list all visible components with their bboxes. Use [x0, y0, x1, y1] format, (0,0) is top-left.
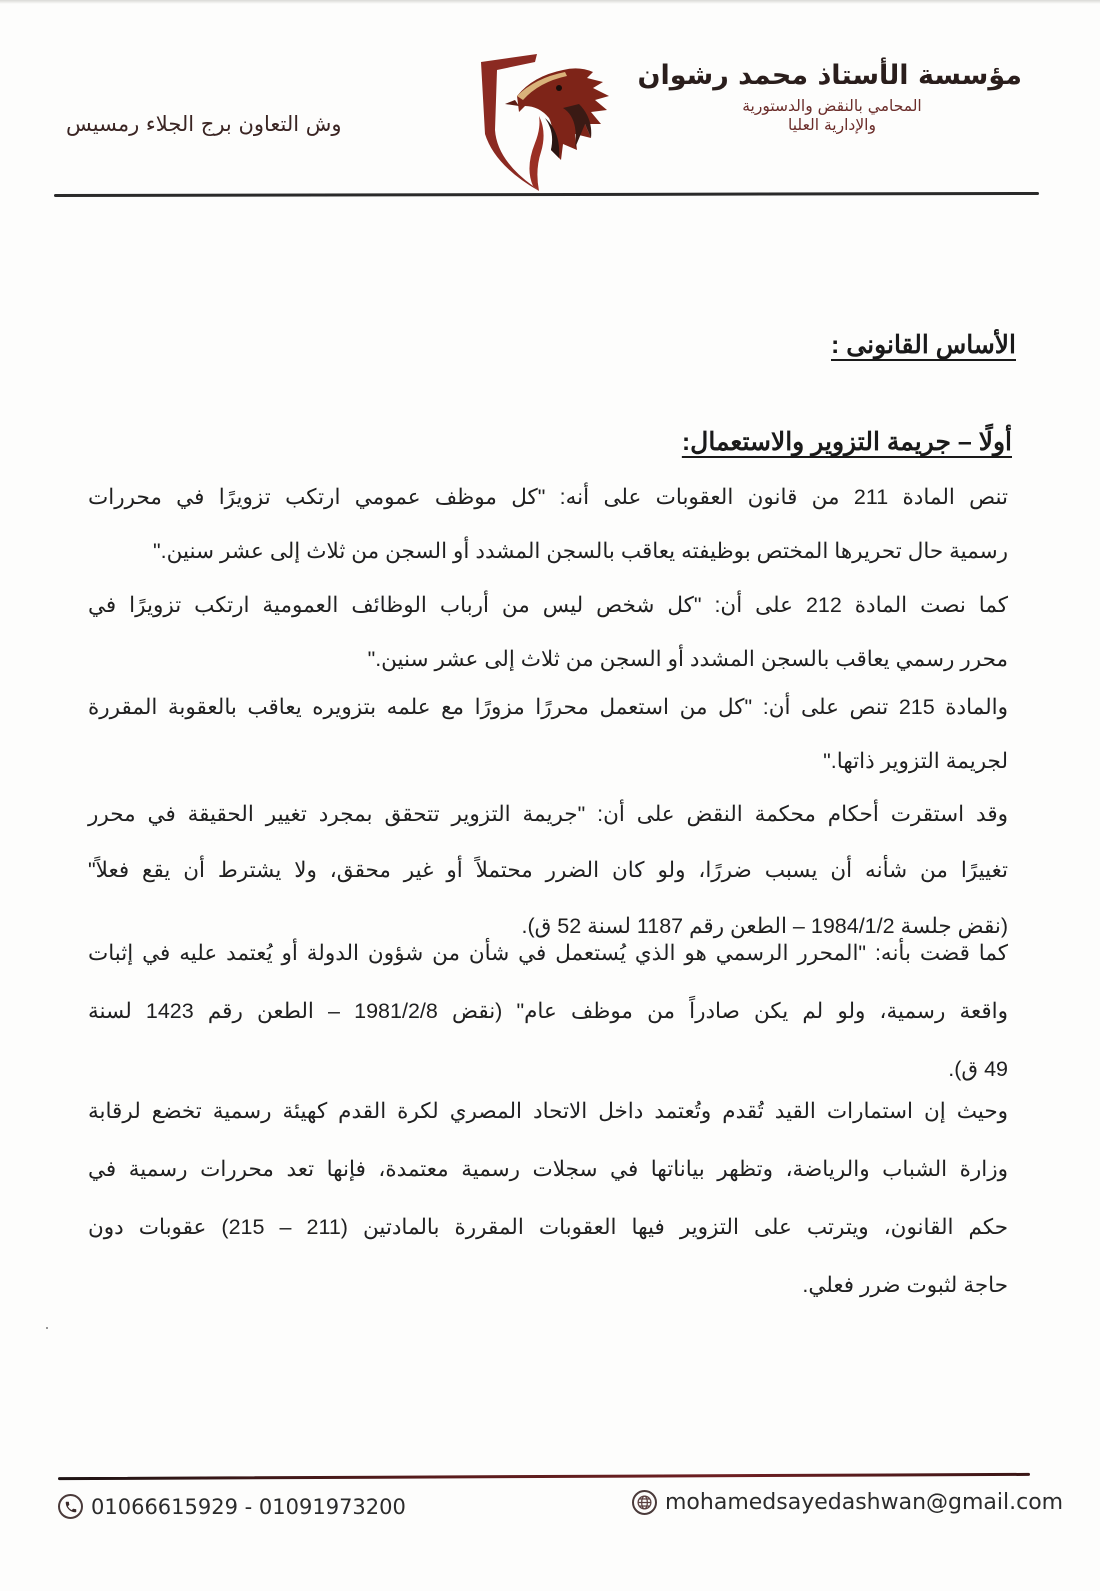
paragraph-line: وزارة الشباب والرياضة، وتظهر بياناتها في… — [88, 1140, 1008, 1198]
paragraph-line: حكم القانون، ويترتب على التزوير فيها الع… — [88, 1198, 1008, 1256]
paragraph-cassation-ruling-2: كما قضت بأنه: "المحرر الرسمي هو الذي يُس… — [88, 924, 1008, 1098]
paragraph-application: وحيث إن استمارات القيد تُقدم وتُعتمد داخ… — [88, 1082, 1008, 1314]
eagle-shield-logo-icon — [475, 48, 617, 193]
section-heading: أولًا – جريمة التزوير والاستعمال: — [682, 427, 1012, 457]
phone-icon — [58, 1494, 83, 1519]
header-divider — [54, 192, 1039, 197]
footer-divider — [58, 1473, 1030, 1480]
email-contact: mohamedsayedashwan@gmail.com — [632, 1490, 1063, 1515]
paragraph-line: وقد استقرت أحكام محكمة النقض على أن: "جر… — [88, 786, 1008, 842]
scan-speck — [46, 1327, 48, 1329]
paragraph-line: لجريمة التزوير ذاتها." — [88, 734, 1008, 788]
brand-block: مؤسسة الأستاذ محمد رشوان المحامي بالنقض … — [692, 60, 1022, 135]
phone-numbers[interactable]: 01066615929 - 01091973200 — [91, 1495, 406, 1519]
phone-contact: 01066615929 - 01091973200 — [58, 1494, 406, 1519]
paragraph-line: واقعة رسمية، ولو لم يكن صادراً من موظف ع… — [88, 982, 1008, 1040]
paragraph-line: تغييرًا من شأنه أن يسبب ضررًا، ولو كان ا… — [88, 842, 1008, 898]
email-address[interactable]: mohamedsayedashwan@gmail.com — [665, 1490, 1063, 1515]
paragraph-article-215: والمادة 215 تنص على أن: "كل من استعمل مح… — [88, 680, 1008, 788]
brand-title: مؤسسة الأستاذ محمد رشوان — [692, 60, 1022, 91]
main-heading: الأساس القانونى : — [831, 330, 1016, 360]
paragraph-article-212: كما نصت المادة 212 على أن: "كل شخص ليس م… — [88, 578, 1008, 686]
paragraph-line: والمادة 215 تنص على أن: "كل من استعمل مح… — [88, 680, 1008, 734]
paragraph-line: رسمية حال تحريرها المختص بوظيفته يعاقب ب… — [88, 524, 1008, 578]
paragraph-line: وحيث إن استمارات القيد تُقدم وتُعتمد داخ… — [88, 1082, 1008, 1140]
paragraph-line: كما قضت بأنه: "المحرر الرسمي هو الذي يُس… — [88, 924, 1008, 982]
brand-subtitle: المحامي بالنقض والدستورية والإدارية العل… — [692, 97, 972, 135]
paragraph-line: كما نصت المادة 212 على أن: "كل شخص ليس م… — [88, 578, 1008, 632]
page-edge — [0, 0, 1100, 4]
paragraph-line: محرر رسمي يعاقب بالسجن المشدد أو السجن م… — [88, 632, 1008, 686]
paragraph-article-211: تنص المادة 211 من قانون العقوبات على أنه… — [88, 470, 1008, 578]
office-address: وش التعاون برج الجلاء رمسيس — [66, 112, 411, 136]
paragraph-line: حاجة لثبوت ضرر فعلي. — [88, 1256, 1008, 1314]
brand-subtitle-line1: المحامي بالنقض والدستورية — [692, 97, 972, 116]
paragraph-line: تنص المادة 211 من قانون العقوبات على أنه… — [88, 470, 1008, 524]
globe-icon — [632, 1490, 657, 1515]
brand-subtitle-line2: والإدارية العليا — [692, 116, 972, 135]
